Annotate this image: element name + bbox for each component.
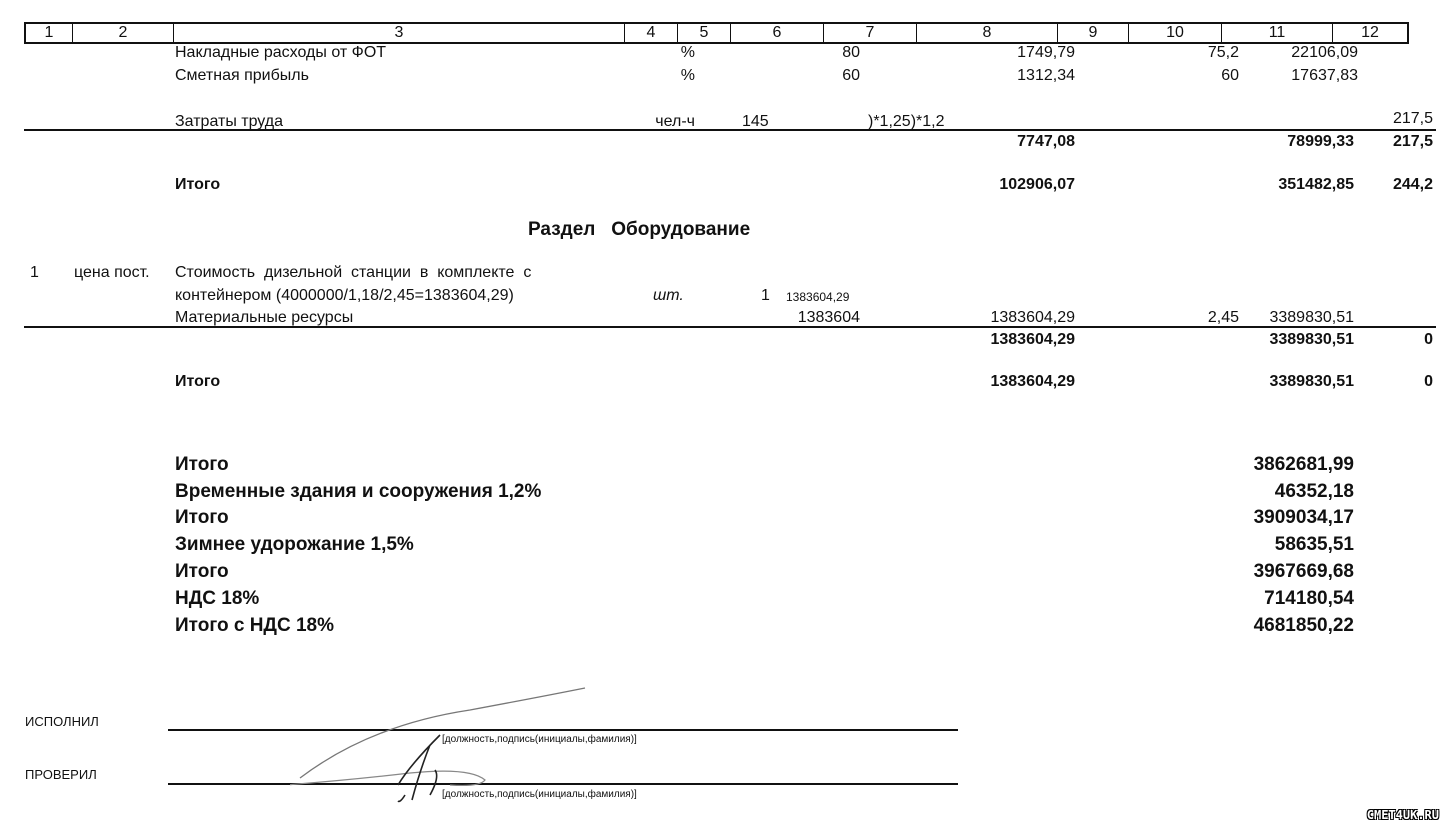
summary-value: 3909034,17 — [1254, 507, 1354, 529]
row-c11: 17637,83 — [1291, 67, 1358, 85]
summary-label: Итого — [175, 454, 229, 476]
resource-c6: 1383604 — [798, 309, 860, 327]
row-c6: 60 — [842, 67, 860, 85]
item-name-line2: контейнером (4000000/1,18/2,45=1383604,2… — [175, 287, 514, 305]
summary-label: НДС 18% — [175, 588, 259, 610]
total-c8: 102906,07 — [999, 176, 1075, 194]
summary-value: 714180,54 — [1264, 588, 1354, 610]
col-8: 8 — [917, 24, 1058, 42]
summary-label: Итого — [175, 507, 229, 529]
col-10: 10 — [1129, 24, 1222, 42]
total-label: Итого — [175, 373, 220, 391]
row-unit: % — [681, 44, 695, 62]
col-7: 7 — [824, 24, 917, 42]
col-4: 4 — [625, 24, 678, 42]
col-6: 6 — [731, 24, 824, 42]
row-unit: % — [681, 67, 695, 85]
performed-label: ИСПОЛНИЛ — [25, 714, 99, 729]
checked-label: ПРОВЕРИЛ — [25, 767, 97, 782]
resource-c11: 3389830,51 — [1269, 309, 1354, 327]
row-name: Сметная прибыль — [175, 67, 309, 85]
item-name-line1: Стоимость дизельной станции в комплекте … — [175, 264, 531, 282]
total-c11: 351482,85 — [1278, 176, 1354, 194]
resource-c10: 2,45 — [1208, 309, 1239, 327]
summary-label: Итого — [175, 561, 229, 583]
col-9: 9 — [1058, 24, 1129, 42]
col-11: 11 — [1222, 24, 1333, 42]
col-12: 12 — [1333, 24, 1407, 42]
column-header-row: 1 2 3 4 5 6 7 8 9 10 11 12 — [24, 22, 1409, 44]
resource-name: Материальные ресурсы — [175, 309, 353, 327]
row-name: Накладные расходы от ФОТ — [175, 44, 386, 62]
total-label: Итого — [175, 176, 220, 194]
section-title: Раздел Оборудование — [528, 219, 750, 241]
divider — [24, 129, 1436, 131]
item-number: 1 — [30, 264, 39, 282]
summary-value: 4681850,22 — [1254, 615, 1354, 637]
resource-c8: 1383604,29 — [990, 309, 1075, 327]
total-c8: 1383604,29 — [990, 373, 1075, 391]
item-unit: шт. — [653, 287, 684, 305]
subtotal-c8: 1383604,29 — [990, 331, 1075, 349]
subtotal-c11: 3389830,51 — [1269, 331, 1354, 349]
item-price: 1383604,29 — [786, 290, 849, 304]
summary-value: 58635,51 — [1275, 534, 1354, 556]
summary-value: 3862681,99 — [1254, 454, 1354, 476]
row-c12: 217,5 — [1393, 110, 1433, 128]
item-code: цена пост. — [74, 264, 150, 282]
col-5: 5 — [678, 24, 731, 42]
total-c12: 244,2 — [1393, 176, 1433, 194]
subtotal-c12: 217,5 — [1393, 133, 1433, 151]
row-c10: 75,2 — [1208, 44, 1239, 62]
divider — [24, 326, 1436, 328]
col-2: 2 — [73, 24, 174, 42]
subtotal-c12: 0 — [1424, 331, 1433, 349]
watermark: CMET4UK.RU — [1367, 808, 1439, 822]
row-c10: 60 — [1221, 67, 1239, 85]
summary-value: 46352,18 — [1275, 481, 1354, 503]
row-c8: 1312,34 — [1017, 67, 1075, 85]
summary-label: Итого с НДС 18% — [175, 615, 334, 637]
summary-label: Временные здания и сооружения 1,2% — [175, 481, 541, 503]
row-c8: 1749,79 — [1017, 44, 1075, 62]
total-c11: 3389830,51 — [1269, 373, 1354, 391]
col-1: 1 — [26, 24, 73, 42]
handwritten-signature-icon — [290, 685, 590, 805]
subtotal-c11: 78999,33 — [1287, 133, 1354, 151]
summary-value: 3967669,68 — [1254, 561, 1354, 583]
row-c11: 22106,09 — [1291, 44, 1358, 62]
col-3: 3 — [174, 24, 625, 42]
subtotal-c8: 7747,08 — [1017, 133, 1075, 151]
summary-label: Зимнее удорожание 1,5% — [175, 534, 414, 556]
row-c6: 80 — [842, 44, 860, 62]
total-c12: 0 — [1424, 373, 1433, 391]
item-qty: 1 — [761, 287, 770, 305]
